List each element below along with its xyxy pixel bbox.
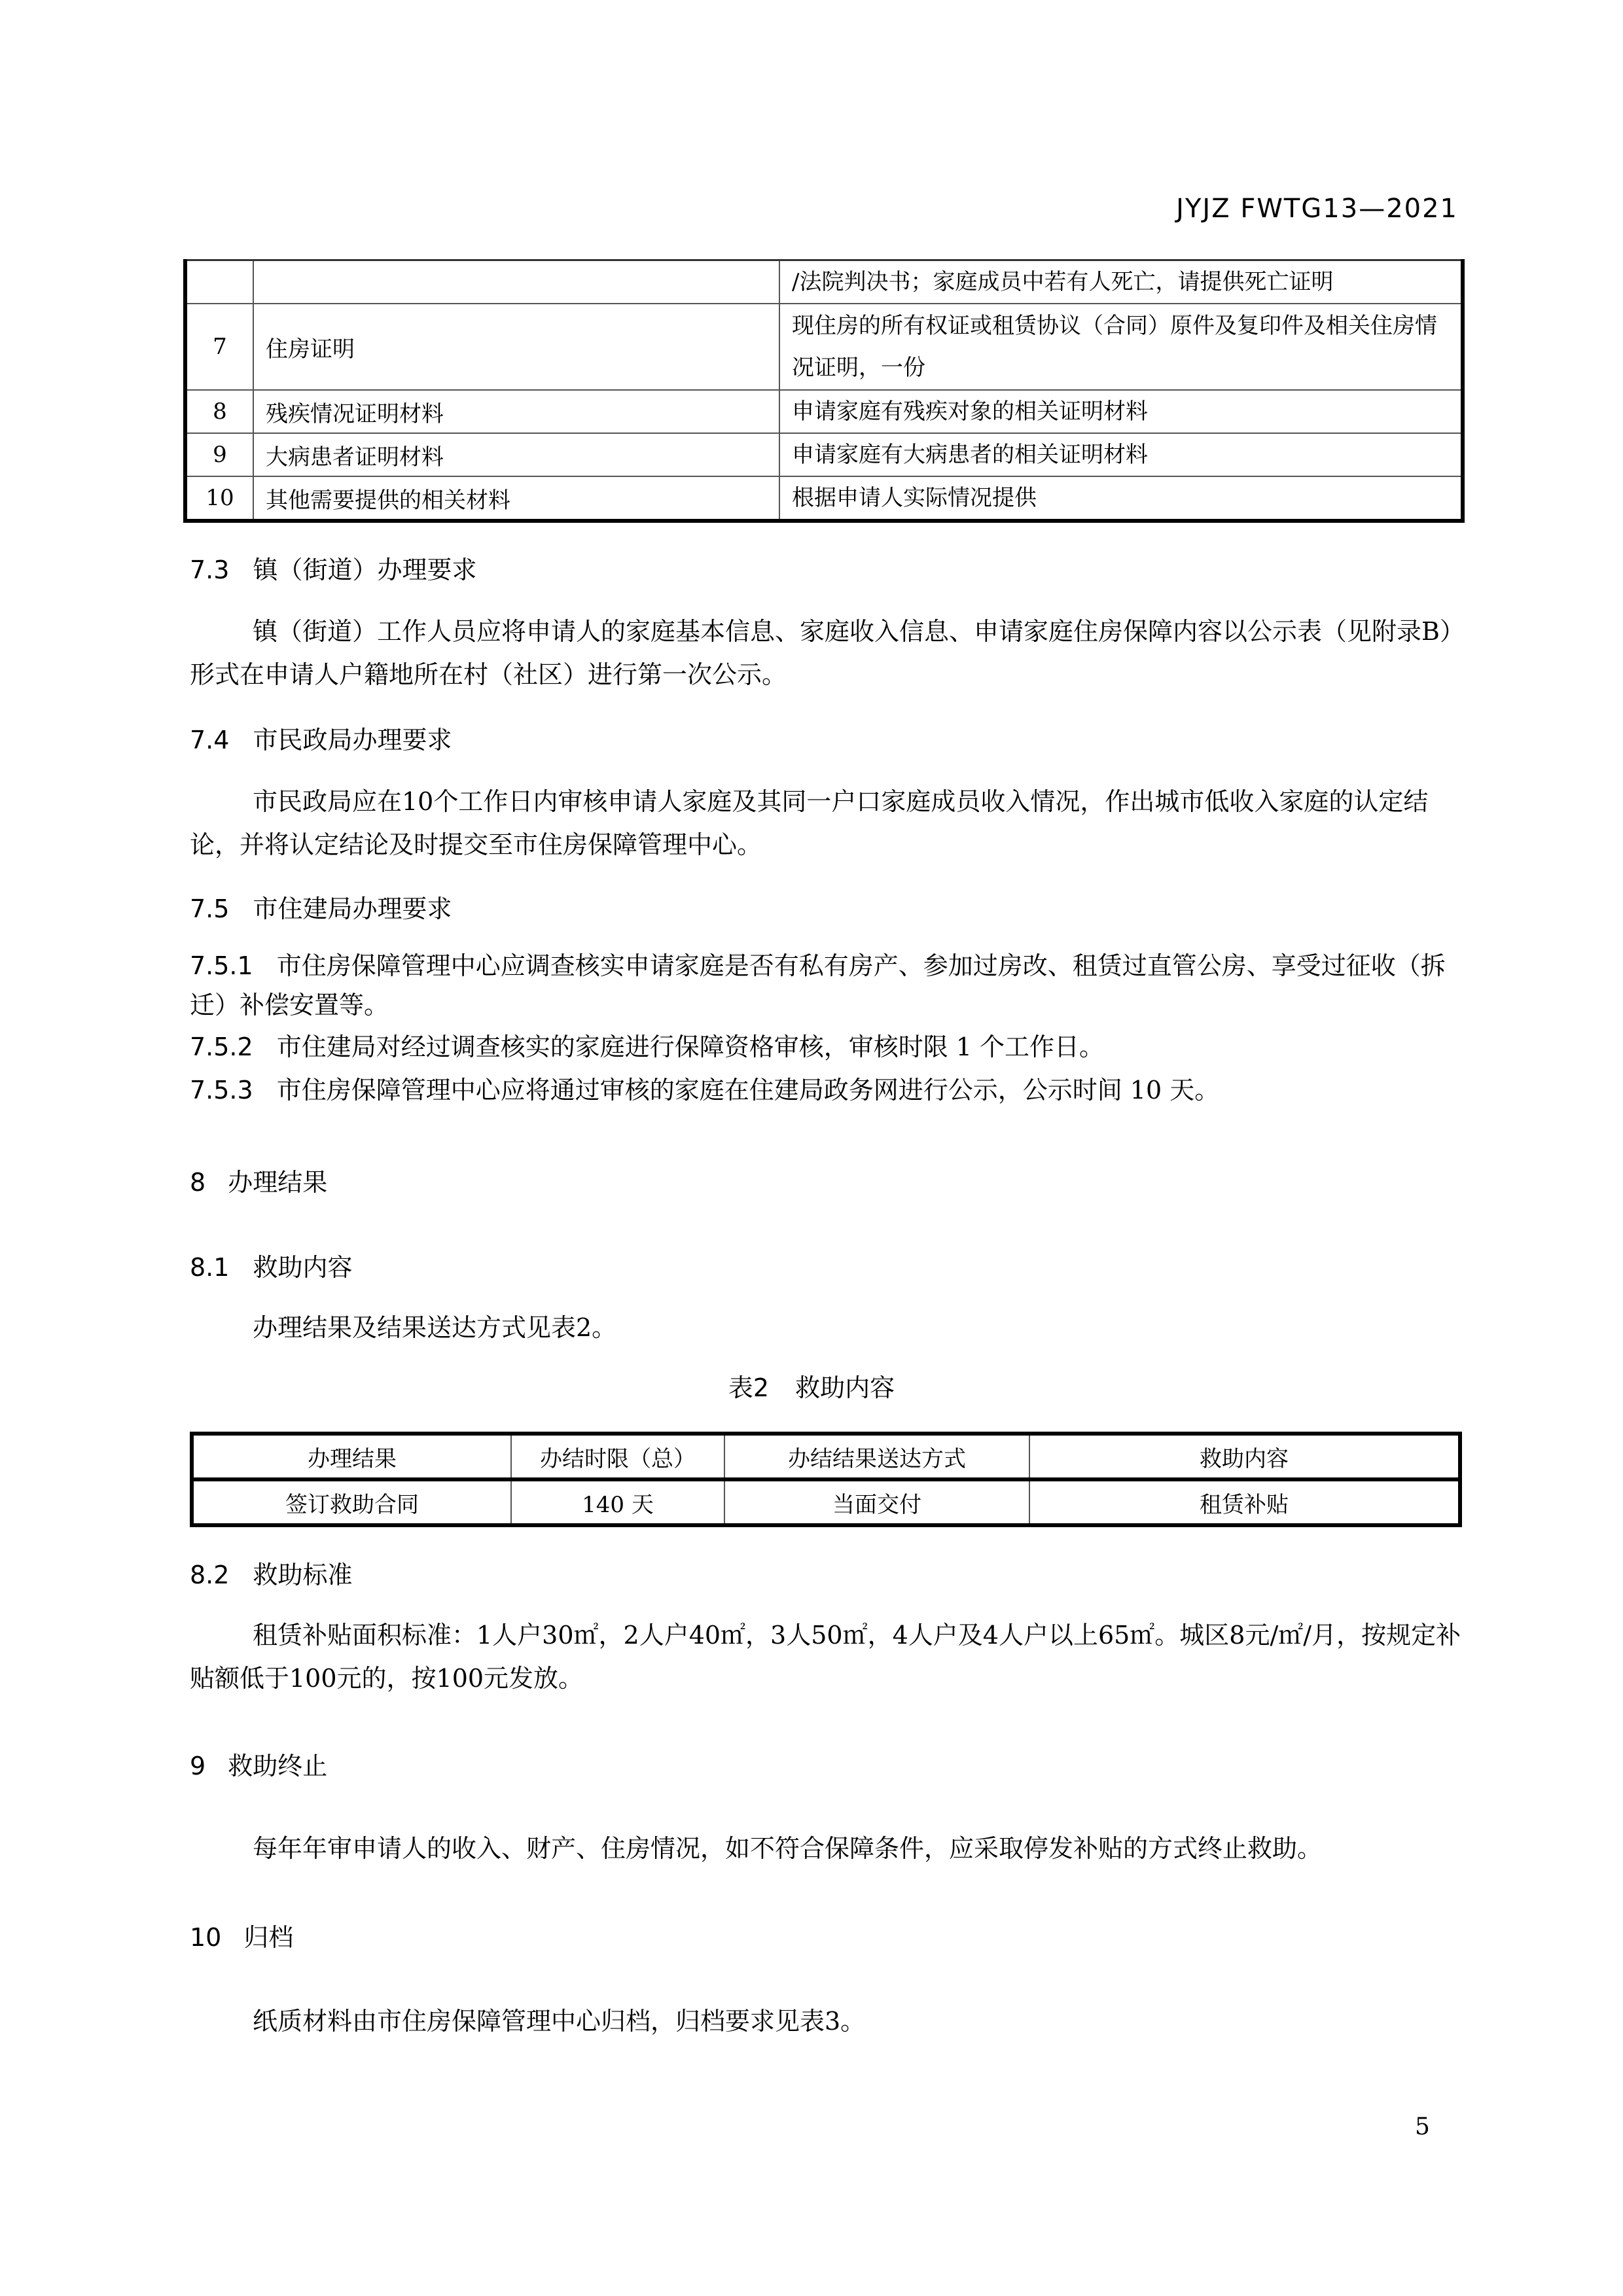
material-name: 住房证明 <box>253 304 779 390</box>
section-body-9: 每年年审申请人的收入、财产、住房情况，如不符合保障条件，应采取停发补贴的方式终止… <box>190 1827 1466 1870</box>
table-row: 签订救助合同 140 天 当面交付 租赁补贴 <box>192 1479 1460 1525</box>
table-cell: 当面交付 <box>724 1479 1029 1525</box>
table-cell: 租赁补贴 <box>1029 1479 1460 1525</box>
section-heading-7-5: 7.5市住建局办理要求 <box>190 889 452 925</box>
table-header-row: 办理结果 办结时限（总） 办结结果送达方式 救助内容 <box>192 1434 1460 1479</box>
section-body-7-3: 镇（街道）工作人员应将申请人的家庭基本信息、家庭收入信息、申请家庭住房保障内容以… <box>190 610 1466 696</box>
clause-7-5-1: 7.5.1市住房保障管理中心应调查核实申请家庭是否有私有房产、参加过房改、租赁过… <box>190 946 1466 1025</box>
material-description: 申请家庭有残疾对象的相关证明材料 <box>779 390 1463 433</box>
section-body-8-1: 办理结果及结果送达方式见表2。 <box>190 1306 1466 1349</box>
page-number: 5 <box>1415 2113 1430 2140</box>
section-number: 9 <box>190 1752 205 1780</box>
assistance-content-table: 办理结果 办结时限（总） 办结结果送达方式 救助内容 签订救助合同 140 天 … <box>190 1432 1462 1527</box>
table-row: 7 住房证明 现住房的所有权证或租赁协议（合同）原件及复印件及相关住房情况证明，… <box>185 304 1463 390</box>
row-number: 7 <box>185 304 253 390</box>
table-row: 10 其他需要提供的相关材料 根据申请人实际情况提供 <box>185 476 1463 521</box>
section-title: 救助终止 <box>228 1752 327 1780</box>
section-number: 8.1 <box>190 1253 229 1282</box>
clause-7-5-3: 7.5.3市住房保障管理中心应将通过审核的家庭在住建局政务网进行公示，公示时间 … <box>190 1070 1466 1110</box>
table-cell: 签订救助合同 <box>192 1479 511 1525</box>
row-number: 9 <box>185 433 253 476</box>
material-name <box>253 260 779 304</box>
section-body-7-4: 市民政局应在10个工作日内审核申请人家庭及其同一户口家庭成员收入情况，作出城市低… <box>190 780 1466 866</box>
materials-table-continued: /法院判决书；家庭成员中若有人死亡，请提供死亡证明 7 住房证明 现住房的所有权… <box>183 259 1465 523</box>
clause-text: 市住房保障管理中心应调查核实申请家庭是否有私有房产、参加过房改、租赁过直管公房、… <box>190 951 1446 1019</box>
clause-number: 7.5.2 <box>190 1033 253 1061</box>
section-number: 7.4 <box>190 726 229 754</box>
row-number: 10 <box>185 476 253 521</box>
section-title: 归档 <box>243 1923 293 1952</box>
column-header: 办理结果 <box>192 1434 511 1479</box>
section-title: 救助标准 <box>253 1561 352 1589</box>
section-heading-7-3: 7.3镇（街道）办理要求 <box>190 550 476 586</box>
material-description: 现住房的所有权证或租赁协议（合同）原件及复印件及相关住房情况证明，一份 <box>779 304 1463 390</box>
table-row: 9 大病患者证明材料 申请家庭有大病患者的相关证明材料 <box>185 433 1463 476</box>
section-heading-9: 9救助终止 <box>190 1746 327 1782</box>
section-body-8-2: 租赁补贴面积标准：1人户30㎡，2人户40㎡，3人50㎡，4人户及4人户以上65… <box>190 1614 1466 1700</box>
material-name: 大病患者证明材料 <box>253 433 779 476</box>
material-description: /法院判决书；家庭成员中若有人死亡，请提供死亡证明 <box>779 260 1463 304</box>
table-cell: 140 天 <box>511 1479 724 1525</box>
section-title: 市住建局办理要求 <box>253 894 452 923</box>
clause-7-5-2: 7.5.2市住建局对经过调查核实的家庭进行保障资格审核，审核时限 1 个工作日。 <box>190 1027 1466 1067</box>
clause-text: 市住建局对经过调查核实的家庭进行保障资格审核，审核时限 1 个工作日。 <box>277 1033 1104 1061</box>
section-heading-10: 10归档 <box>190 1917 293 1953</box>
section-number: 8 <box>190 1168 205 1197</box>
table-caption: 表2救助内容 <box>0 1368 1623 1404</box>
clause-number: 7.5.1 <box>190 951 253 980</box>
table-caption-title: 救助内容 <box>795 1373 895 1402</box>
section-title: 救助内容 <box>253 1253 352 1282</box>
clause-text: 市住房保障管理中心应将通过审核的家庭在住建局政务网进行公示，公示时间 10 天。 <box>277 1076 1220 1104</box>
section-heading-8: 8办理结果 <box>190 1162 327 1198</box>
section-number: 7.5 <box>190 894 229 923</box>
section-heading-8-2: 8.2救助标准 <box>190 1555 352 1591</box>
column-header: 办结时限（总） <box>511 1434 724 1479</box>
section-title: 市民政局办理要求 <box>253 726 452 754</box>
table-caption-number: 表2 <box>728 1373 769 1402</box>
column-header: 办结结果送达方式 <box>724 1434 1029 1479</box>
table-row: /法院判决书；家庭成员中若有人死亡，请提供死亡证明 <box>185 260 1463 304</box>
section-heading-8-1: 8.1救助内容 <box>190 1247 352 1283</box>
section-heading-7-4: 7.4市民政局办理要求 <box>190 720 452 756</box>
material-name: 其他需要提供的相关材料 <box>253 476 779 521</box>
column-header: 救助内容 <box>1029 1434 1460 1479</box>
section-body-10: 纸质材料由市住房保障管理中心归档，归档要求见表3。 <box>190 2000 1466 2043</box>
section-number: 7.3 <box>190 556 229 584</box>
material-description: 根据申请人实际情况提供 <box>779 476 1463 521</box>
material-description: 申请家庭有大病患者的相关证明材料 <box>779 433 1463 476</box>
section-number: 10 <box>190 1923 221 1952</box>
material-name: 残疾情况证明材料 <box>253 390 779 433</box>
clause-number: 7.5.3 <box>190 1076 253 1104</box>
section-number: 8.2 <box>190 1561 229 1589</box>
row-number <box>185 260 253 304</box>
section-title: 办理结果 <box>228 1168 327 1197</box>
table-row: 8 残疾情况证明材料 申请家庭有残疾对象的相关证明材料 <box>185 390 1463 433</box>
document-code: JYJZ FWTG13—2021 <box>1176 194 1458 224</box>
row-number: 8 <box>185 390 253 433</box>
section-title: 镇（街道）办理要求 <box>253 556 476 584</box>
